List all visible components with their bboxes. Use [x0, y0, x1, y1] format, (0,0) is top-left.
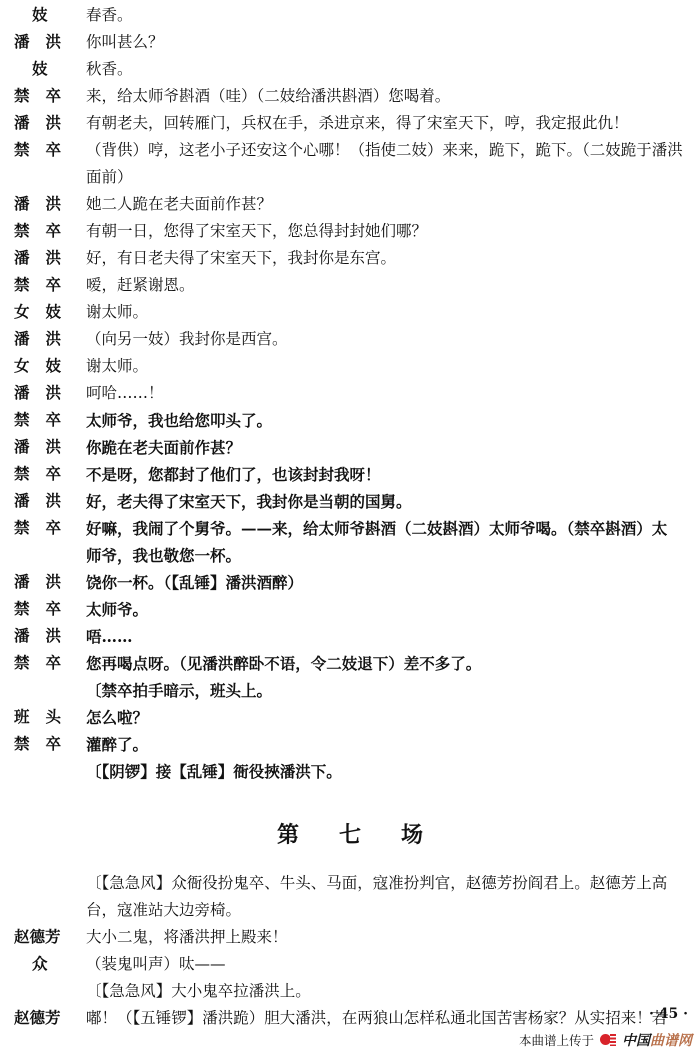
dialogue-line: 潘洪好，有日老夫得了宋室天下，我封你是东宫。	[0, 245, 700, 272]
speaker-name: 潘洪	[14, 326, 76, 353]
speaker-name: 潘洪	[14, 191, 76, 218]
speaker-name: 禁卒	[14, 137, 76, 164]
speaker-name: 禁卒	[14, 731, 76, 758]
dialogue-continuation: 面前）	[0, 164, 700, 191]
dialogue-text: （背供）哼，这老小子还安这个心哪！（指使二妓）来来，跪下，跪下。（二妓跪于潘洪	[86, 137, 692, 164]
dialogue-line: 赵德芳嘟！（【五锤锣】潘洪跪）胆大潘洪，在两狼山怎样私通北国苦害杨家？从实招来！…	[0, 1005, 700, 1032]
stage-direction: 台，寇准站大边旁椅。	[0, 897, 700, 924]
dialogue-text: 面前）	[86, 164, 692, 191]
speaker-name: 禁卒	[14, 596, 76, 623]
stage-direction-text: 〔禁卒拍手暗示，班头上。	[86, 677, 692, 704]
speaker-name: 女妓	[14, 353, 76, 380]
dialogue-text: 太师爷。	[86, 596, 692, 623]
speaker-name: 禁卒	[14, 650, 76, 677]
speaker-name: 潘洪	[14, 110, 76, 137]
dialogue-line: 妓秋香。	[0, 56, 700, 83]
dialogue-text: 饶你一杯。（【乱锤】潘洪酒醉）	[86, 569, 692, 596]
dialogue-line: 班头怎么啦？	[0, 704, 700, 731]
dialogue-text: 秋香。	[86, 56, 692, 83]
speaker-name: 妓	[14, 56, 94, 83]
dialogue-text: 春香。	[86, 2, 692, 29]
stage-direction-text: 台，寇准站大边旁椅。	[86, 897, 692, 924]
dialogue-line: 妓春香。	[0, 2, 700, 29]
dialogue-text: 她二人跪在老夫面前作甚？	[86, 191, 692, 218]
dialogue-line: 禁卒来，给太师爷斟酒（哇）（二妓给潘洪斟酒）您喝着。	[0, 83, 700, 110]
dialogue-line: 禁卒（背供）哼，这老小子还安这个心哪！（指使二妓）来来，跪下，跪下。（二妓跪于潘…	[0, 137, 700, 164]
dialogue-line: 禁卒不是呀，您都封了他们了，也该封封我呀！	[0, 461, 700, 488]
dialogue-text: （装鬼叫声）呔——	[86, 951, 692, 978]
dialogue-line: 禁卒有朝一日，您得了宋室天下，您总得封封她们哪？	[0, 218, 700, 245]
stage-direction: 〔【阴锣】接【乱锤】衙役挾潘洪下。	[0, 758, 700, 785]
site-logo-icon	[600, 1033, 616, 1047]
dialogue-text: 嗳，赶紧谢恩。	[86, 272, 692, 299]
dialogue-line: 赵德芳大小二鬼，将潘洪押上殿来！	[0, 924, 700, 951]
dialogue-text: 呵哈……！	[86, 380, 692, 407]
speaker-name: 潘洪	[14, 623, 76, 650]
dialogue-text: 怎么啦？	[86, 704, 692, 731]
dialogue-line: 众（装鬼叫声）呔——	[0, 951, 700, 978]
dialogue-text: 有朝一日，您得了宋室天下，您总得封封她们哪？	[86, 218, 692, 245]
stage-direction: 〔【急急风】众衙役扮鬼卒、牛头、马面，寇准扮判官，赵德芳扮阎君上。赵德芳上高	[0, 870, 700, 897]
dialogue-text: 嘟！（【五锤锣】潘洪跪）胆大潘洪，在两狼山怎样私通北国苦害杨家？从实招来！若	[86, 1005, 692, 1032]
dialogue-text: 好嘛，我闹了个舅爷。——来，给太师爷斟酒（二妓斟酒）太师爷喝。（禁卒斟酒）太	[86, 515, 692, 542]
stage-direction: 〔禁卒拍手暗示，班头上。	[0, 677, 700, 704]
stage-direction-text: 〔【急急风】大小鬼卒拉潘洪上。	[86, 978, 692, 1005]
dialogue-line: 禁卒太师爷，我也给您叩头了。	[0, 407, 700, 434]
dialogue-line: 潘洪你跪在老夫面前作甚？	[0, 434, 700, 461]
dialogue-text: 大小二鬼，将潘洪押上殿来！	[86, 924, 692, 951]
dialogue-text: 灌醉了。	[86, 731, 692, 758]
speaker-name: 妓	[14, 2, 94, 29]
speaker-name: 潘洪	[14, 380, 76, 407]
scene-title: 第七场	[0, 812, 700, 860]
dialogue-text: 有朝老夫，回转雁门，兵权在手，杀进京来，得了宋室天下，哼，我定报此仇！	[86, 110, 692, 137]
spacer	[0, 785, 700, 812]
dialogue-line: 潘洪你叫甚么？	[0, 29, 700, 56]
dialogue-line: 禁卒好嘛，我闹了个舅爷。——来，给太师爷斟酒（二妓斟酒）太师爷喝。（禁卒斟酒）太	[0, 515, 700, 542]
dialogue-line: 禁卒您再喝点呀。（见潘洪醉卧不语，令二妓退下）差不多了。	[0, 650, 700, 677]
speaker-name: 潘洪	[14, 488, 76, 515]
dialogue-text: 谢太师。	[86, 353, 692, 380]
dialogue-line: 禁卒太师爷。	[0, 596, 700, 623]
stage-direction-text: 〔【急急风】众衙役扮鬼卒、牛头、马面，寇准扮判官，赵德芳扮阎君上。赵德芳上高	[86, 870, 692, 897]
dialogue-text: 师爷，我也敬您一杯。	[86, 542, 692, 569]
dialogue-text: 太师爷，我也给您叩头了。	[86, 407, 692, 434]
speaker-name: 禁卒	[14, 272, 76, 299]
upload-text: 本曲谱上传于	[519, 1031, 594, 1049]
dialogue-text: 好，老夫得了宋室天下，我封你是当朝的国舅。	[86, 488, 692, 515]
dialogue-line: 潘洪唔……	[0, 623, 700, 650]
speaker-name: 禁卒	[14, 515, 76, 542]
dialogue-line: 禁卒灌醉了。	[0, 731, 700, 758]
speaker-name: 众	[14, 951, 94, 978]
speaker-name: 禁卒	[14, 83, 76, 110]
dialogue-text: 唔……	[86, 623, 692, 650]
speaker-name: 禁卒	[14, 407, 76, 434]
dialogue-line: 潘洪好，老夫得了宋室天下，我封你是当朝的国舅。	[0, 488, 700, 515]
dialogue-text: 你跪在老夫面前作甚？	[86, 434, 692, 461]
dialogue-text: 谢太师。	[86, 299, 692, 326]
spacer	[0, 860, 700, 870]
dialogue-line: 潘洪饶你一杯。（【乱锤】潘洪酒醉）	[0, 569, 700, 596]
stage-direction: 〔【急急风】大小鬼卒拉潘洪上。	[0, 978, 700, 1005]
script-body: 妓春香。 潘洪你叫甚么？ 妓秋香。 禁卒来，给太师爷斟酒（哇）（二妓给潘洪斟酒）…	[0, 2, 700, 1032]
watermark-footer: 本曲谱上传于 中国曲谱网	[519, 1030, 692, 1050]
dialogue-line: 女妓谢太师。	[0, 353, 700, 380]
speaker-name: 女妓	[14, 299, 76, 326]
dialogue-line: 潘洪呵哈……！	[0, 380, 700, 407]
dialogue-line: 潘洪（向另一妓）我封你是西宫。	[0, 326, 700, 353]
speaker-name: 禁卒	[14, 461, 76, 488]
dialogue-line: 潘洪有朝老夫，回转雁门，兵权在手，杀进京来，得了宋室天下，哼，我定报此仇！	[0, 110, 700, 137]
speaker-name: 赵德芳	[14, 1005, 76, 1032]
dialogue-text: 来，给太师爷斟酒（哇）（二妓给潘洪斟酒）您喝着。	[86, 83, 692, 110]
dialogue-continuation: 师爷，我也敬您一杯。	[0, 542, 700, 569]
dialogue-text: （向另一妓）我封你是西宫。	[86, 326, 692, 353]
speaker-name: 潘洪	[14, 569, 76, 596]
page-number: · 45 ·	[649, 1006, 688, 1022]
dialogue-text: 你叫甚么？	[86, 29, 692, 56]
stage-direction-text: 〔【阴锣】接【乱锤】衙役挾潘洪下。	[86, 758, 692, 785]
dialogue-text: 好，有日老夫得了宋室天下，我封你是东宫。	[86, 245, 692, 272]
speaker-name: 赵德芳	[14, 924, 76, 951]
speaker-name: 班头	[14, 704, 76, 731]
speaker-name: 潘洪	[14, 29, 76, 56]
speaker-name: 潘洪	[14, 434, 76, 461]
dialogue-line: 女妓谢太师。	[0, 299, 700, 326]
dialogue-line: 禁卒嗳，赶紧谢恩。	[0, 272, 700, 299]
speaker-name: 禁卒	[14, 218, 76, 245]
speaker-name: 潘洪	[14, 245, 76, 272]
dialogue-line: 潘洪她二人跪在老夫面前作甚？	[0, 191, 700, 218]
dialogue-text: 您再喝点呀。（见潘洪醉卧不语，令二妓退下）差不多了。	[86, 650, 692, 677]
dialogue-text: 不是呀，您都封了他们了，也该封封我呀！	[86, 461, 692, 488]
site-name: 中国曲谱网	[622, 1030, 692, 1050]
